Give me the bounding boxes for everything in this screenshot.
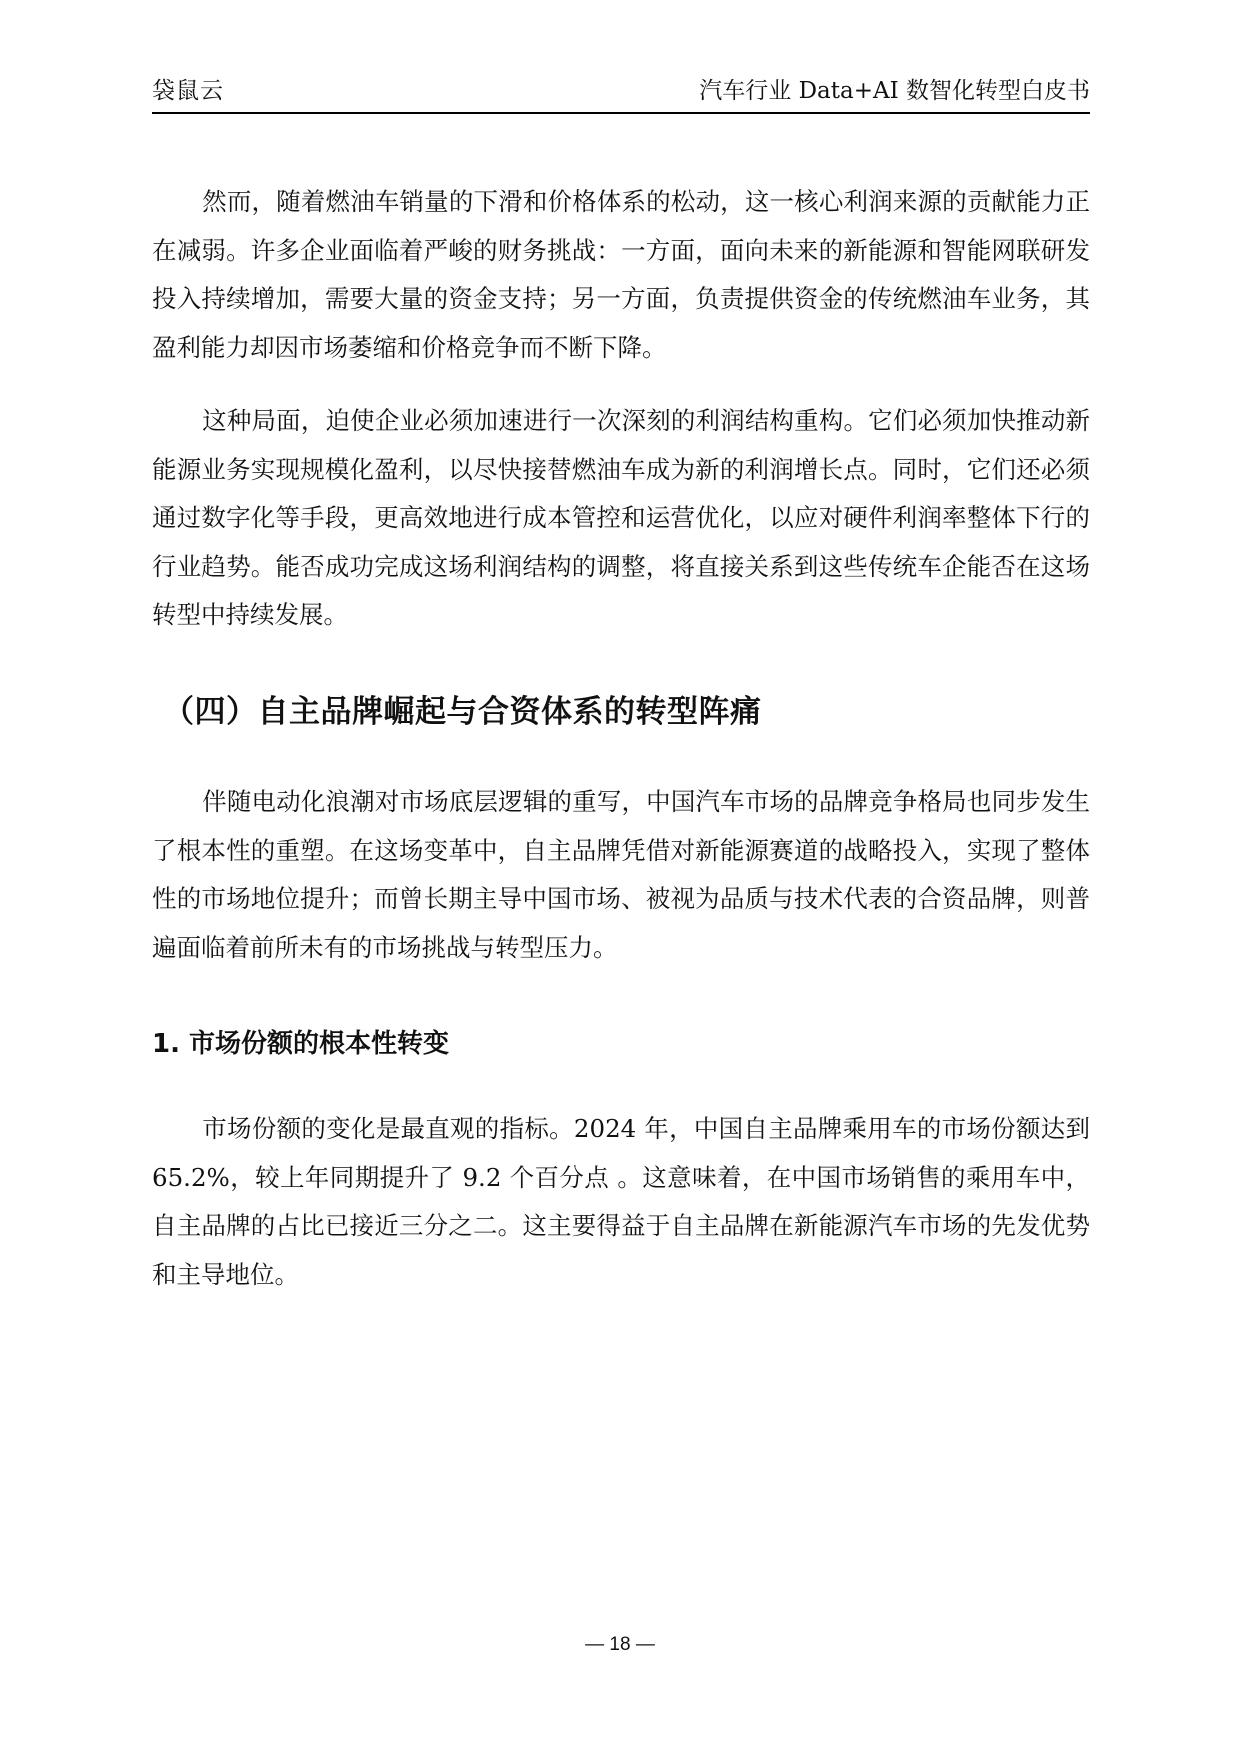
header-document-title: 汽车行业 Data+AI 数智化转型白皮书 <box>699 72 1090 105</box>
page-number: — 18 — <box>0 1634 1240 1656</box>
page-header: 袋鼠云 汽车行业 Data+AI 数智化转型白皮书 <box>152 68 1090 114</box>
subsection-heading: 1. 市场份额的根本性转变 <box>152 1023 449 1060</box>
paragraph-text: 这种局面，迫使企业必须加速进行一次深刻的利润结构重构。它们必须加快推动新能源业务… <box>152 406 1090 629</box>
paragraph-profit-decline: 然而，随着燃油车销量的下滑和价格体系的松动，这一核心利润来源的贡献能力正在减弱。… <box>152 178 1090 372</box>
paragraph-text: 然而，随着燃油车销量的下滑和价格体系的松动，这一核心利润来源的贡献能力正在减弱。… <box>152 187 1090 362</box>
paragraph-text: 伴随电动化浪潮对市场底层逻辑的重写，中国汽车市场的品牌竞争格局也同步发生了根本性… <box>152 787 1090 962</box>
section-heading: （四）自主品牌崛起与合资体系的转型阵痛 <box>163 686 762 731</box>
paragraph-profit-restructure: 这种局面，迫使企业必须加速进行一次深刻的利润结构重构。它们必须加快推动新能源业务… <box>152 397 1090 640</box>
paragraph-section-intro: 伴随电动化浪潮对市场底层逻辑的重写，中国汽车市场的品牌竞争格局也同步发生了根本性… <box>152 778 1090 972</box>
paragraph-market-share: 市场份额的变化是最直观的指标。2024 年，中国自主品牌乘用车的市场份额达到 6… <box>152 1105 1090 1299</box>
paragraph-text: 市场份额的变化是最直观的指标。2024 年，中国自主品牌乘用车的市场份额达到 6… <box>152 1114 1090 1289</box>
header-company-name: 袋鼠云 <box>152 72 224 105</box>
